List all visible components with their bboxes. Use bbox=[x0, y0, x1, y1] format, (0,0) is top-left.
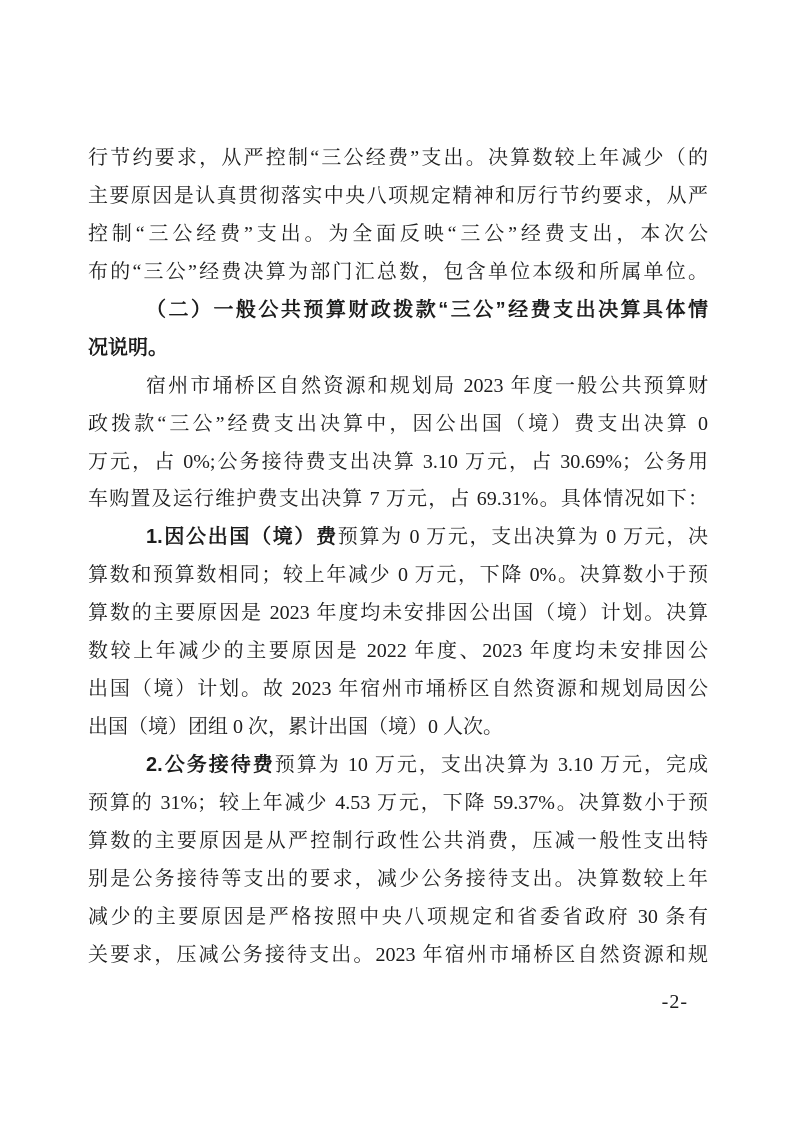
body-text-segment: 主要原因是认真贯彻落实中央八项规定精神和厉行节约要求，从严 bbox=[88, 185, 708, 207]
text-line: 行节约要求，从严控制“三公经费”支出。决算数较上年减少（的 bbox=[88, 140, 708, 178]
body-text-segment: 预算的 31%；较上年减少 4.53 万元，下降 59.37%。决算数小于预 bbox=[88, 792, 708, 814]
text-line: （二）一般公共预算财政拨款“三公”经费支出决算具体情 bbox=[88, 292, 708, 330]
text-line: 1.因公出国（境）费预算为 0 万元，支出决算为 0 万元，决 bbox=[88, 519, 708, 557]
body-text-segment: 数较上年减少的主要原因是 2022 年度、2023 年度均未安排因公 bbox=[88, 640, 708, 662]
text-line: 算数和预算数相同；较上年减少 0 万元，下降 0%。决算数小于预 bbox=[88, 557, 708, 595]
body-text-segment: 关要求，压减公务接待支出。2023 年宿州市埇桥区自然资源和规 bbox=[88, 944, 708, 966]
body-text-segment: 出国（境）计划。故 2023 年宿州市埇桥区自然资源和规划局因公 bbox=[88, 678, 708, 700]
text-line: 控制“三公经费”支出。为全面反映“三公”经费支出，本次公 bbox=[88, 216, 708, 254]
body-text-segment: 控制“三公经费”支出。为全面反映“三公”经费支出，本次公 bbox=[88, 223, 708, 245]
bold-text-segment: （二）一般公共预算财政拨款“三公”经费支出决算具体情 bbox=[146, 299, 708, 321]
bold-text-segment: 1.因公出国（境）费 bbox=[146, 526, 338, 548]
body-text-segment: 算数的主要原因是 2023 年度均未安排因公出国（境）计划。决算 bbox=[88, 602, 708, 624]
body-text-segment: 宿州市埇桥区自然资源和规划局 2023 年度一般公共预算财 bbox=[146, 375, 708, 397]
text-line: 算数的主要原因是从严控制行政性公共消费，压减一般性支出特 bbox=[88, 823, 708, 861]
text-line: 布的“三公”经费决算为部门汇总数，包含单位本级和所属单位。 bbox=[88, 254, 708, 292]
page-number: -2- bbox=[662, 991, 688, 1013]
body-text-segment: 政拨款“三公”经费支出决算中，因公出国（境）费支出决算 0 bbox=[88, 413, 708, 435]
text-line: 关要求，压减公务接待支出。2023 年宿州市埇桥区自然资源和规 bbox=[88, 937, 708, 975]
bold-text-segment: 况说明。 bbox=[88, 337, 168, 359]
bold-text-segment: 2.公务接待费 bbox=[146, 754, 275, 776]
text-line: 别是公务接待等支出的要求，减少公务接待支出。决算数较上年 bbox=[88, 861, 708, 899]
text-line: 出国（境）计划。故 2023 年宿州市埇桥区自然资源和规划局因公 bbox=[88, 671, 708, 709]
text-line: 宿州市埇桥区自然资源和规划局 2023 年度一般公共预算财 bbox=[88, 368, 708, 406]
body-text-segment: 万元，占 0%;公务接待费支出决算 3.10 万元，占 30.69%；公务用 bbox=[88, 451, 708, 473]
text-line: 数较上年减少的主要原因是 2022 年度、2023 年度均未安排因公 bbox=[88, 633, 708, 671]
text-line: 出国（境）团组 0 次，累计出国（境）0 人次。 bbox=[88, 709, 708, 747]
body-text-segment: 算数的主要原因是从严控制行政性公共消费，压减一般性支出特 bbox=[88, 830, 708, 852]
text-line: 况说明。 bbox=[88, 330, 708, 368]
text-line: 算数的主要原因是 2023 年度均未安排因公出国（境）计划。决算 bbox=[88, 595, 708, 633]
text-line: 车购置及运行维护费支出决算 7 万元，占 69.31%。具体情况如下： bbox=[88, 481, 708, 519]
document-page: 行节约要求，从严控制“三公经费”支出。决算数较上年减少（的主要原因是认真贯彻落实… bbox=[0, 0, 793, 1122]
text-line: 主要原因是认真贯彻落实中央八项规定精神和厉行节约要求，从严 bbox=[88, 178, 708, 216]
body-text-segment: 车购置及运行维护费支出决算 7 万元，占 69.31%。具体情况如下： bbox=[88, 488, 708, 510]
text-line: 政拨款“三公”经费支出决算中，因公出国（境）费支出决算 0 bbox=[88, 406, 708, 444]
body-text-segment: 预算为 0 万元，支出决算为 0 万元，决 bbox=[338, 526, 708, 548]
body-text-segment: 布的“三公”经费决算为部门汇总数，包含单位本级和所属单位。 bbox=[88, 261, 708, 283]
body-text-segment: 别是公务接待等支出的要求，减少公务接待支出。决算数较上年 bbox=[88, 868, 708, 890]
body-text-segment: 预算为 10 万元，支出决算为 3.10 万元，完成 bbox=[275, 754, 708, 776]
document-body: 行节约要求，从严控制“三公经费”支出。决算数较上年减少（的主要原因是认真贯彻落实… bbox=[88, 140, 708, 975]
body-text-segment: 算数和预算数相同；较上年减少 0 万元，下降 0%。决算数小于预 bbox=[88, 564, 708, 586]
text-line: 预算的 31%；较上年减少 4.53 万元，下降 59.37%。决算数小于预 bbox=[88, 785, 708, 823]
body-text-segment: 行节约要求，从严控制“三公经费”支出。决算数较上年减少（的 bbox=[88, 147, 708, 169]
body-text-segment: 出国（境）团组 0 次，累计出国（境）0 人次。 bbox=[88, 716, 503, 738]
text-line: 万元，占 0%;公务接待费支出决算 3.10 万元，占 30.69%；公务用 bbox=[88, 444, 708, 482]
body-text-segment: 减少的主要原因是严格按照中央八项规定和省委省政府 30 条有 bbox=[88, 906, 708, 928]
text-line: 减少的主要原因是严格按照中央八项规定和省委省政府 30 条有 bbox=[88, 899, 708, 937]
text-line: 2.公务接待费预算为 10 万元，支出决算为 3.10 万元，完成 bbox=[88, 747, 708, 785]
